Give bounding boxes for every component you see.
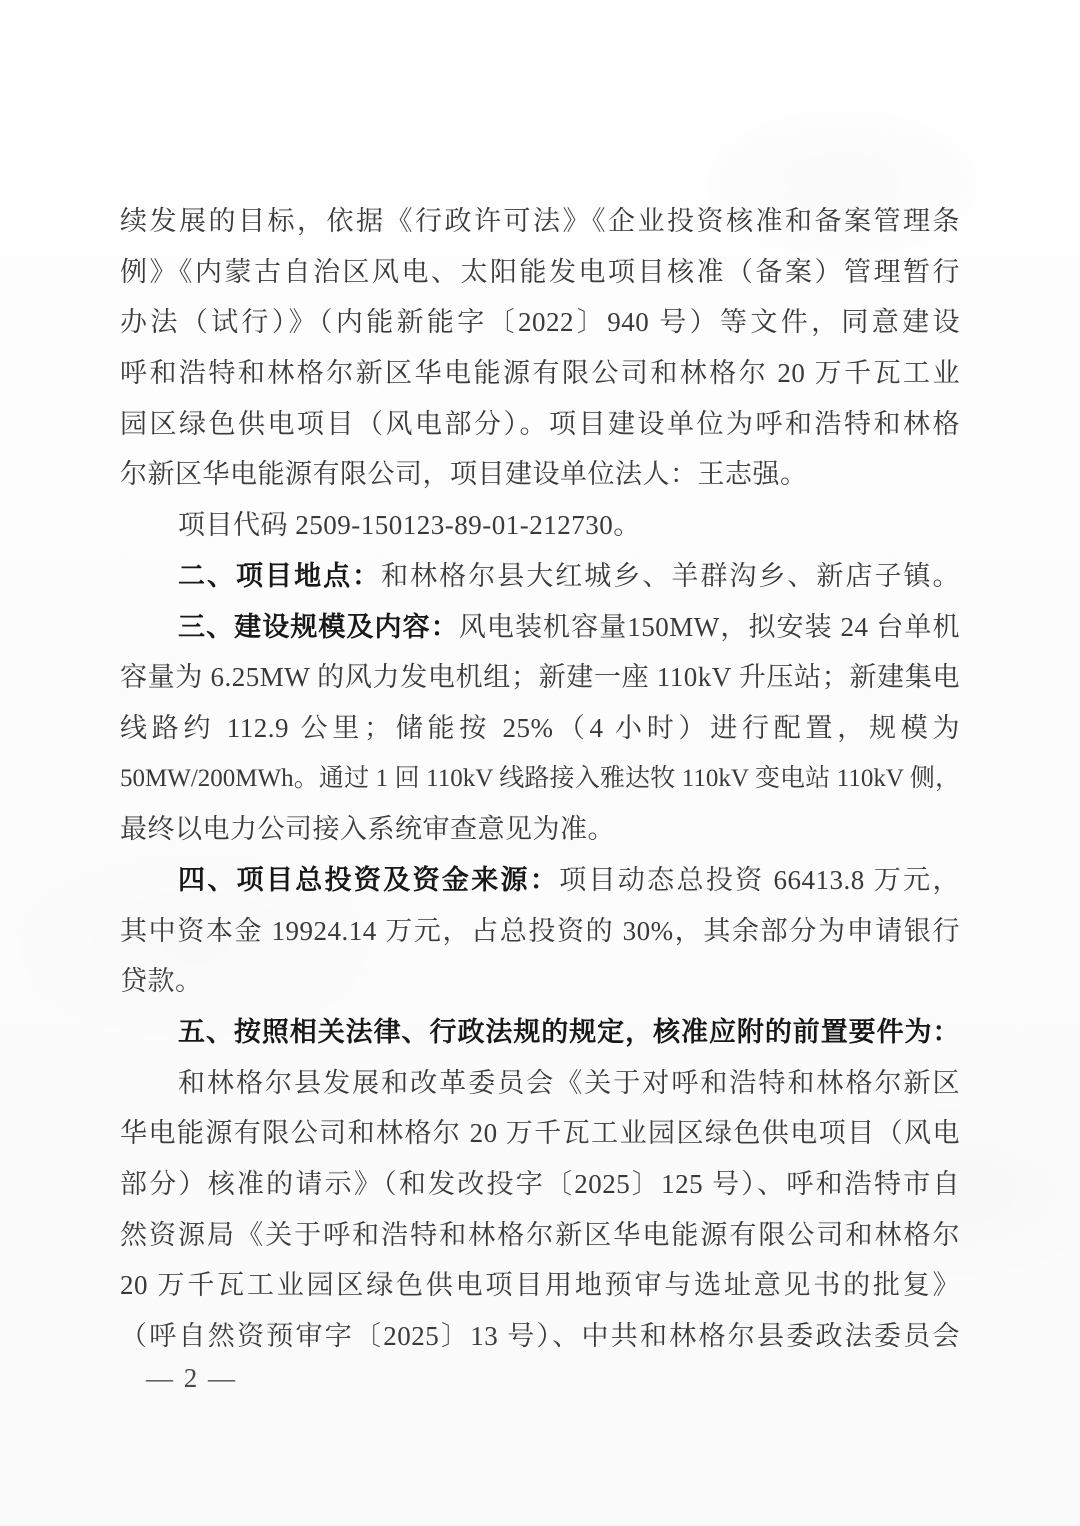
text-segment: 贷款。 [120,966,203,996]
section-heading-segment: 五、按照相关法律、行政法规的规定，核准应附的前置要件为： [178,1017,960,1047]
text-segment: （呼自然资预审字〔2025〕13 号）、中共和林格尔县委政法委员会 [120,1321,960,1351]
text-segment: 容量为 6.25MW 的风力发电机组；新建一座 110kV 升压站；新建集电 [120,662,960,692]
text-segment: 50MW/200MWh。通过 1 回 110kV 线路接入雅达牧 110kV 变… [120,765,960,792]
text-segment: 最终以电力公司接入系统审查意见为准。 [120,814,615,844]
text-line: 呼和浩特和林格尔新区华电能源有限公司和林格尔 20 万千瓦工业 [120,348,960,399]
text-line: 20 万千瓦工业园区绿色供电项目用地预审与选址意见书的批复》 [120,1260,960,1311]
section-heading-segment: 二、项目地点： [178,561,381,591]
page-number: — 2 — [146,1356,237,1400]
text-segment: 园区绿色供电项目（风电部分）。项目建设单位为呼和浩特和林格 [120,409,960,439]
text-segment: 然资源局《关于呼和浩特和林格尔新区华电能源有限公司和林格尔 [120,1220,960,1250]
text-segment: 和林格尔县发展和改革委员会《关于对呼和浩特和林格尔新区 [178,1068,960,1098]
text-segment: 尔新区华电能源有限公司，项目建设单位法人：王志强。 [120,459,808,489]
text-line: 项目代码 2509-150123-89-01-212730。 [120,500,960,551]
text-line: 贷款。 [120,956,960,1007]
section-heading-segment: 三、建设规模及内容： [178,612,459,642]
text-segment: 续发展的目标，依据《行政许可法》《企业投资核准和备案管理条 [120,206,960,236]
text-line: 尔新区华电能源有限公司，项目建设单位法人：王志强。 [120,449,960,500]
text-line: 续发展的目标，依据《行政许可法》《企业投资核准和备案管理条 [120,196,960,247]
text-line: （呼自然资预审字〔2025〕13 号）、中共和林格尔县委政法委员会 [120,1311,960,1362]
section-heading-segment: 四、项目总投资及资金来源： [178,865,559,895]
text-line: 园区绿色供电项目（风电部分）。项目建设单位为呼和浩特和林格 [120,399,960,450]
text-line: 三、建设规模及内容：风电装机容量150MW，拟安装 24 台单机 [120,602,960,653]
document-body: 续发展的目标，依据《行政许可法》《企业投资核准和备案管理条例》《内蒙古自治区风电… [120,196,960,1362]
text-line: 华电能源有限公司和林格尔 20 万千瓦工业园区绿色供电项目（风电 [120,1108,960,1159]
text-segment: 线路约 112.9 公里；储能按 25%（4 小时）进行配置，规模为 [120,713,960,743]
text-segment: 其中资本金 19924.14 万元，占总投资的 30%，其余部分为申请银行 [120,916,960,946]
text-line: 办法（试行）》（内能新能字〔2022〕940 号）等文件，同意建设 [120,297,960,348]
text-segment: 华电能源有限公司和林格尔 20 万千瓦工业园区绿色供电项目（风电 [120,1118,960,1148]
text-segment: 和林格尔县大红城乡、羊群沟乡、新店子镇。 [381,561,960,591]
text-line: 然资源局《关于呼和浩特和林格尔新区华电能源有限公司和林格尔 [120,1210,960,1261]
text-line: 容量为 6.25MW 的风力发电机组；新建一座 110kV 升压站；新建集电 [120,652,960,703]
text-segment: 例》《内蒙古自治区风电、太阳能发电项目核准（备案）管理暂行 [120,257,960,287]
text-line: 和林格尔县发展和改革委员会《关于对呼和浩特和林格尔新区 [120,1058,960,1109]
text-segment: 办法（试行）》（内能新能字〔2022〕940 号）等文件，同意建设 [120,307,960,337]
text-line: 部分）核准的请示》（和发改投字〔2025〕125 号）、呼和浩特市自 [120,1159,960,1210]
text-segment: 项目代码 2509-150123-89-01-212730。 [178,510,641,540]
text-line: 50MW/200MWh。通过 1 回 110kV 线路接入雅达牧 110kV 变… [120,754,960,805]
text-line: 例》《内蒙古自治区风电、太阳能发电项目核准（备案）管理暂行 [120,247,960,298]
text-line: 五、按照相关法律、行政法规的规定，核准应附的前置要件为： [120,1007,960,1058]
text-line: 二、项目地点：和林格尔县大红城乡、羊群沟乡、新店子镇。 [120,551,960,602]
text-segment: 呼和浩特和林格尔新区华电能源有限公司和林格尔 20 万千瓦工业 [120,358,960,388]
text-segment: 风电装机容量150MW，拟安装 24 台单机 [459,612,960,642]
text-line: 最终以电力公司接入系统审查意见为准。 [120,804,960,855]
text-line: 四、项目总投资及资金来源：项目动态总投资 66413.8 万元， [120,855,960,906]
text-line: 线路约 112.9 公里；储能按 25%（4 小时）进行配置，规模为 [120,703,960,754]
text-segment: 20 万千瓦工业园区绿色供电项目用地预审与选址意见书的批复》 [120,1270,960,1300]
document-page: 续发展的目标，依据《行政许可法》《企业投资核准和备案管理条例》《内蒙古自治区风电… [0,0,1080,1526]
text-segment: 部分）核准的请示》（和发改投字〔2025〕125 号）、呼和浩特市自 [120,1169,960,1199]
text-segment: 项目动态总投资 66413.8 万元， [559,865,960,895]
text-line: 其中资本金 19924.14 万元，占总投资的 30%，其余部分为申请银行 [120,906,960,957]
